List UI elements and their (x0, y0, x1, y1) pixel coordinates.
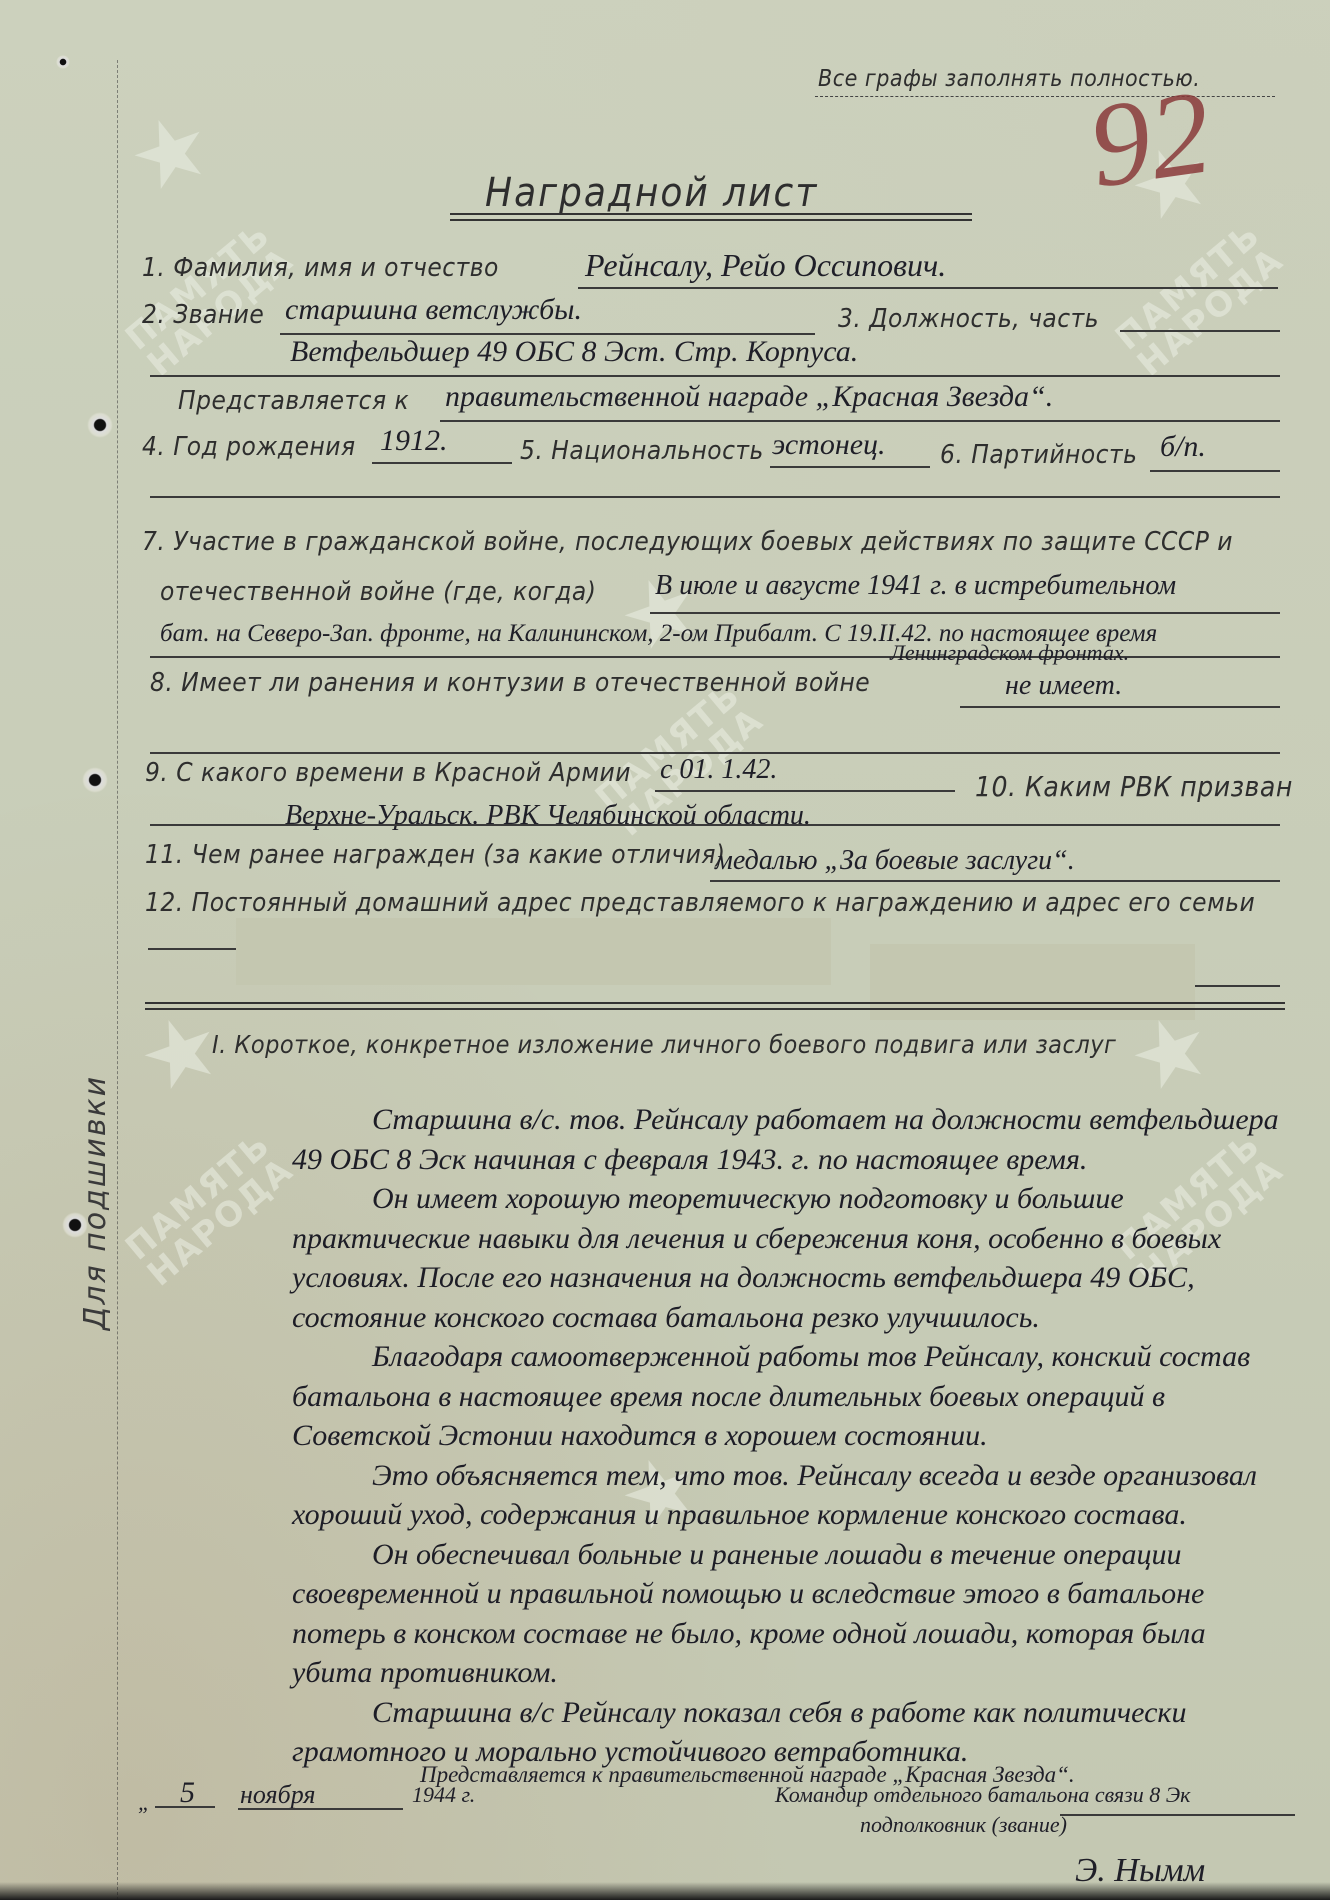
field-9-line (655, 790, 955, 792)
date-open-quote: „ (138, 1790, 150, 1816)
presentation-label: Представляется к (178, 386, 409, 416)
date-month: ноября (240, 1780, 315, 1810)
section-heading: I. Короткое, конкретное изложение личног… (212, 1030, 1116, 1059)
field-9-value: с 01. 1.42. (660, 754, 777, 786)
field-3-line-b (150, 375, 1280, 377)
field-1-value: Рейнсалу, Рейо Оссипович. (585, 247, 946, 284)
date-month-line (238, 1808, 403, 1810)
field-5-label: 5. Национальность (520, 436, 764, 466)
signatory-title: Командир отдельного батальона связи 8 Эк (775, 1782, 1190, 1808)
paragraph: Старшина в/с. тов. Рейнсалу работает на … (292, 1100, 1292, 1179)
binding-margin-line (117, 60, 118, 1900)
field-7-value-line1: В июле и августе 1941 г. в истребительно… (655, 570, 1176, 602)
paragraph: Старшина в/с Рейнсалу показал себя в раб… (292, 1693, 1292, 1772)
red-pencil-mark: 92 (1081, 62, 1219, 215)
presentation-line (440, 420, 1280, 422)
field-5-value: эстонец. (772, 428, 886, 462)
header-note-underline (815, 96, 1275, 97)
paragraph: Это объясняется тем, что тов. Рейнсалу в… (292, 1456, 1292, 1535)
page-title: Наградной лист (485, 170, 818, 216)
field-12-line-b (1180, 985, 1280, 987)
punch-hole (87, 412, 113, 438)
signatory-line (1060, 1814, 1295, 1816)
field-3-line-a (1120, 330, 1280, 332)
field-10-line (150, 824, 1280, 826)
field-7-value-line3: Ленинградском фронтах. (890, 640, 1129, 666)
field-2-value: старшина ветслужбы. (285, 293, 582, 327)
field-5-line (770, 466, 930, 468)
field-4-label: 4. Год рождения (142, 432, 356, 462)
field-3-value: Ветфельдшер 49 ОБС 8 Эст. Стр. Корпуса. (290, 335, 858, 369)
date-day: 5 (180, 1776, 195, 1810)
watermark-star-icon: ★ (114, 89, 226, 215)
date-day-line (155, 1806, 215, 1808)
field-7-label-line1: 7. Участие в гражданской войне, последую… (142, 527, 1233, 557)
award-sheet-page: ★ ПАМЯТЬНАРОДА ★ ПАМЯТЬНАРОДА ★ ПАМЯТЬНА… (0, 0, 1330, 1900)
field-8-label: 8. Имеет ли ранения и контузии в отечест… (150, 668, 870, 698)
field-11-label: 11. Чем ранее награжден (за какие отличи… (145, 840, 726, 870)
field-6-value: б/п. (1160, 430, 1206, 464)
field-4-line (372, 462, 512, 464)
separator-line (150, 496, 1280, 498)
field-9-label: 9. С какого времени в Красной Армии (145, 758, 631, 788)
field-8-line (960, 706, 1280, 708)
field-10-value: Верхне-Уральск. РВК Челябинской области. (285, 800, 811, 832)
field-6-line (1150, 470, 1280, 472)
field-2-label: 2. Звание (142, 300, 264, 330)
field-11-line (710, 880, 1280, 882)
field-7-line-1 (650, 612, 1280, 614)
field-12-line-a (148, 948, 238, 950)
paragraph: Он обеспечивал больные и раненые лошади … (292, 1535, 1292, 1693)
field-1-label: 1. Фамилия, имя и отчество (142, 253, 499, 283)
date-year: 1944 г. (412, 1782, 475, 1808)
field-6-label: 6. Партийность (940, 440, 1137, 470)
paragraph: Он имеет хорошую теоретическую подготовк… (292, 1179, 1292, 1337)
field-1-line (578, 287, 1278, 289)
presentation-value: правительственной награде „Красная Звезд… (445, 380, 1053, 414)
margin-note: Для подшивки (78, 1075, 113, 1330)
field-10-label: 10. Каким РВК призван (975, 770, 1293, 803)
field-12-label: 12. Постоянный домашний адрес представля… (145, 888, 1255, 918)
field-8-value: не имеет. (1005, 670, 1122, 702)
redacted-address-block (236, 918, 831, 985)
title-underline (450, 213, 972, 221)
field-4-value: 1912. (380, 424, 448, 458)
field-3-label: 3. Должность, часть (838, 304, 1099, 334)
achievement-description: Старшина в/с. тов. Рейнсалу работает на … (292, 1100, 1292, 1772)
watermark: ПАМЯТЬНАРОДА (120, 1126, 299, 1292)
section-divider (145, 1002, 1285, 1010)
page-bottom-edge (0, 1882, 1330, 1900)
punch-hole (56, 55, 70, 69)
field-11-value: медалью „За боевые заслуги“. (715, 845, 1075, 877)
signatory-rank: подполковник (звание) (860, 1812, 1067, 1838)
paragraph: Благодаря самоотверженной работы тов Рей… (292, 1337, 1292, 1456)
watermark: ПАМЯТЬНАРОДА (1110, 216, 1289, 382)
punch-hole (82, 767, 108, 793)
field-7-label-line2: отечественной войне (где, когда) (160, 577, 596, 607)
